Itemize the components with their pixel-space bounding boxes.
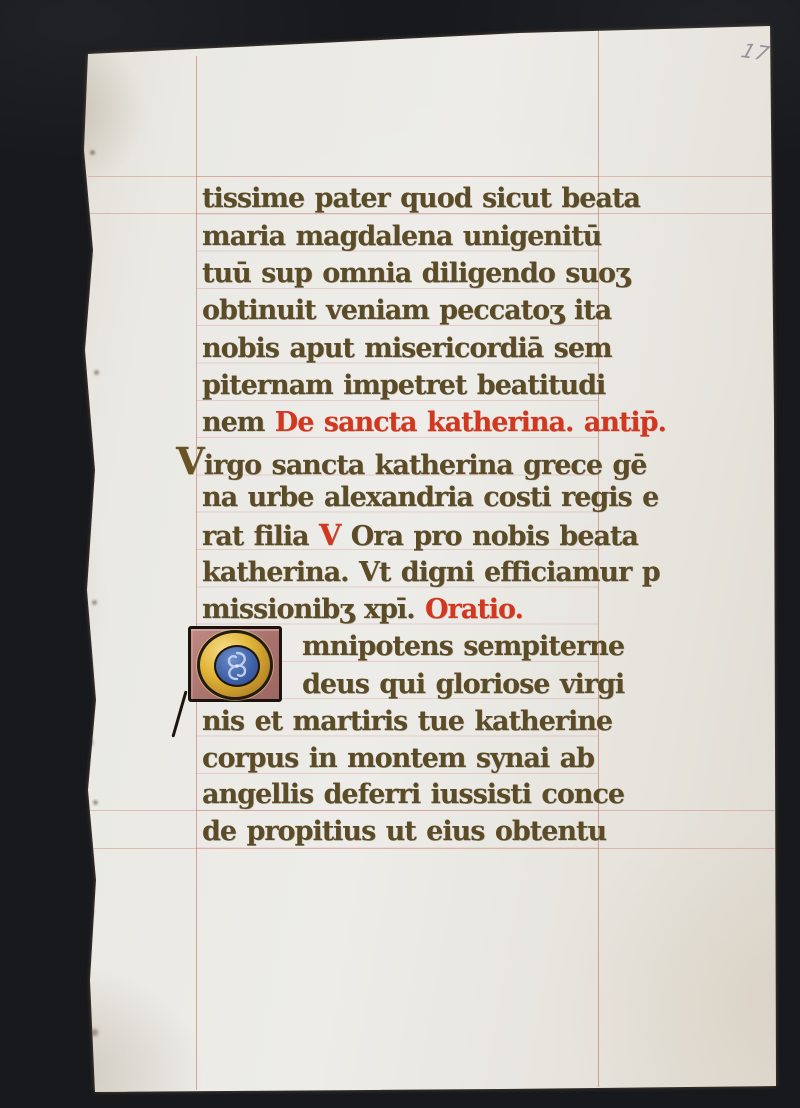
text-line-6: piternam impetret beatitudi — [202, 370, 605, 402]
initial-center-medallion — [214, 645, 260, 687]
line-segment: na urbe alexandria costi regis e — [202, 482, 658, 513]
text-line-17: angellis deferri iussisti conce — [202, 779, 624, 811]
initial-filigree — [216, 647, 258, 685]
line-segment: obtinuit veniam peccatoʒ ita — [202, 295, 611, 326]
text-line-16: corpus in montem synai ab — [202, 743, 594, 775]
text-line-4: obtinuit veniam peccatoʒ ita — [202, 295, 611, 327]
manuscript-leaf: 17 tissime pater quod sicut beata maria … — [0, 0, 800, 1108]
line-segment: mnipotens sempiterne — [302, 631, 624, 662]
text-line-12: missionibʒ xpī. Oratio. — [202, 594, 523, 626]
text-line-15: nis et martiris tue katherine — [202, 706, 612, 738]
line-segment: katherina. Vt digni efficiamur p — [202, 557, 660, 588]
line-segment: Ora pro nobis beata — [340, 521, 637, 552]
folio-number: 17 — [738, 39, 773, 66]
line-segment: tuū sup omnia diligendo suoʒ — [202, 258, 629, 289]
line-segment: rat filia — [202, 521, 319, 552]
line-segment: corpus in montem synai ab — [202, 743, 594, 774]
rubric-oratio-heading: Oratio. — [425, 594, 523, 625]
line-segment: angellis deferri iussisti conce — [202, 779, 624, 810]
text-line-13: mnipotens sempiterne — [302, 631, 624, 663]
line-segment: deus qui gloriose virgi — [302, 669, 624, 700]
versicle-mark: V — [319, 518, 341, 552]
rubric-antiphon-heading: De sancta katherina. antip̄. — [275, 407, 666, 438]
text-line-8: Virgo sancta katherina grece gē — [176, 445, 646, 482]
illuminated-initial-O: O — [188, 626, 282, 702]
line-segment: tissime pater quod sicut beata — [202, 183, 640, 214]
text-line-9: na urbe alexandria costi regis e — [202, 482, 658, 514]
line-segment: nem — [202, 407, 275, 438]
initial-pen-flourish — [171, 691, 187, 738]
line-segment: missionibʒ xpī. — [202, 594, 425, 625]
line-segment: irgo sancta katherina grece gē — [204, 450, 647, 481]
text-line-18: de propitius ut eius obtentu — [202, 816, 606, 848]
leaf-shadow-wrap: 17 tissime pater quod sicut beata maria … — [0, 0, 800, 1108]
text-line-11: katherina. Vt digni efficiamur p — [202, 557, 660, 589]
line-segment: maria magdalena unigenitū — [202, 221, 601, 252]
text-line-14: deus qui gloriose virgi — [302, 669, 624, 701]
text-line-2: maria magdalena unigenitū — [202, 221, 601, 253]
text-line-7: nem De sancta katherina. antip̄. — [202, 407, 666, 439]
text-line-10: rat filia V Ora pro nobis beata — [202, 519, 638, 553]
line-segment: piternam impetret beatitudi — [202, 370, 605, 401]
initial-letter-v: V — [176, 439, 204, 483]
line-segment: nis et martiris tue katherine — [202, 706, 612, 737]
line-segment: de propitius ut eius obtentu — [202, 816, 606, 847]
deckle-edge-spots — [84, 40, 89, 45]
text-line-1: tissime pater quod sicut beata — [202, 183, 640, 215]
initial-gold-letter-o: O — [197, 630, 273, 700]
photo-backdrop: 17 tissime pater quod sicut beata maria … — [0, 0, 800, 1108]
line-segment: nobis aput misericordiā sem — [202, 333, 612, 364]
text-line-5: nobis aput misericordiā sem — [202, 333, 612, 365]
text-line-3: tuū sup omnia diligendo suoʒ — [202, 258, 629, 290]
